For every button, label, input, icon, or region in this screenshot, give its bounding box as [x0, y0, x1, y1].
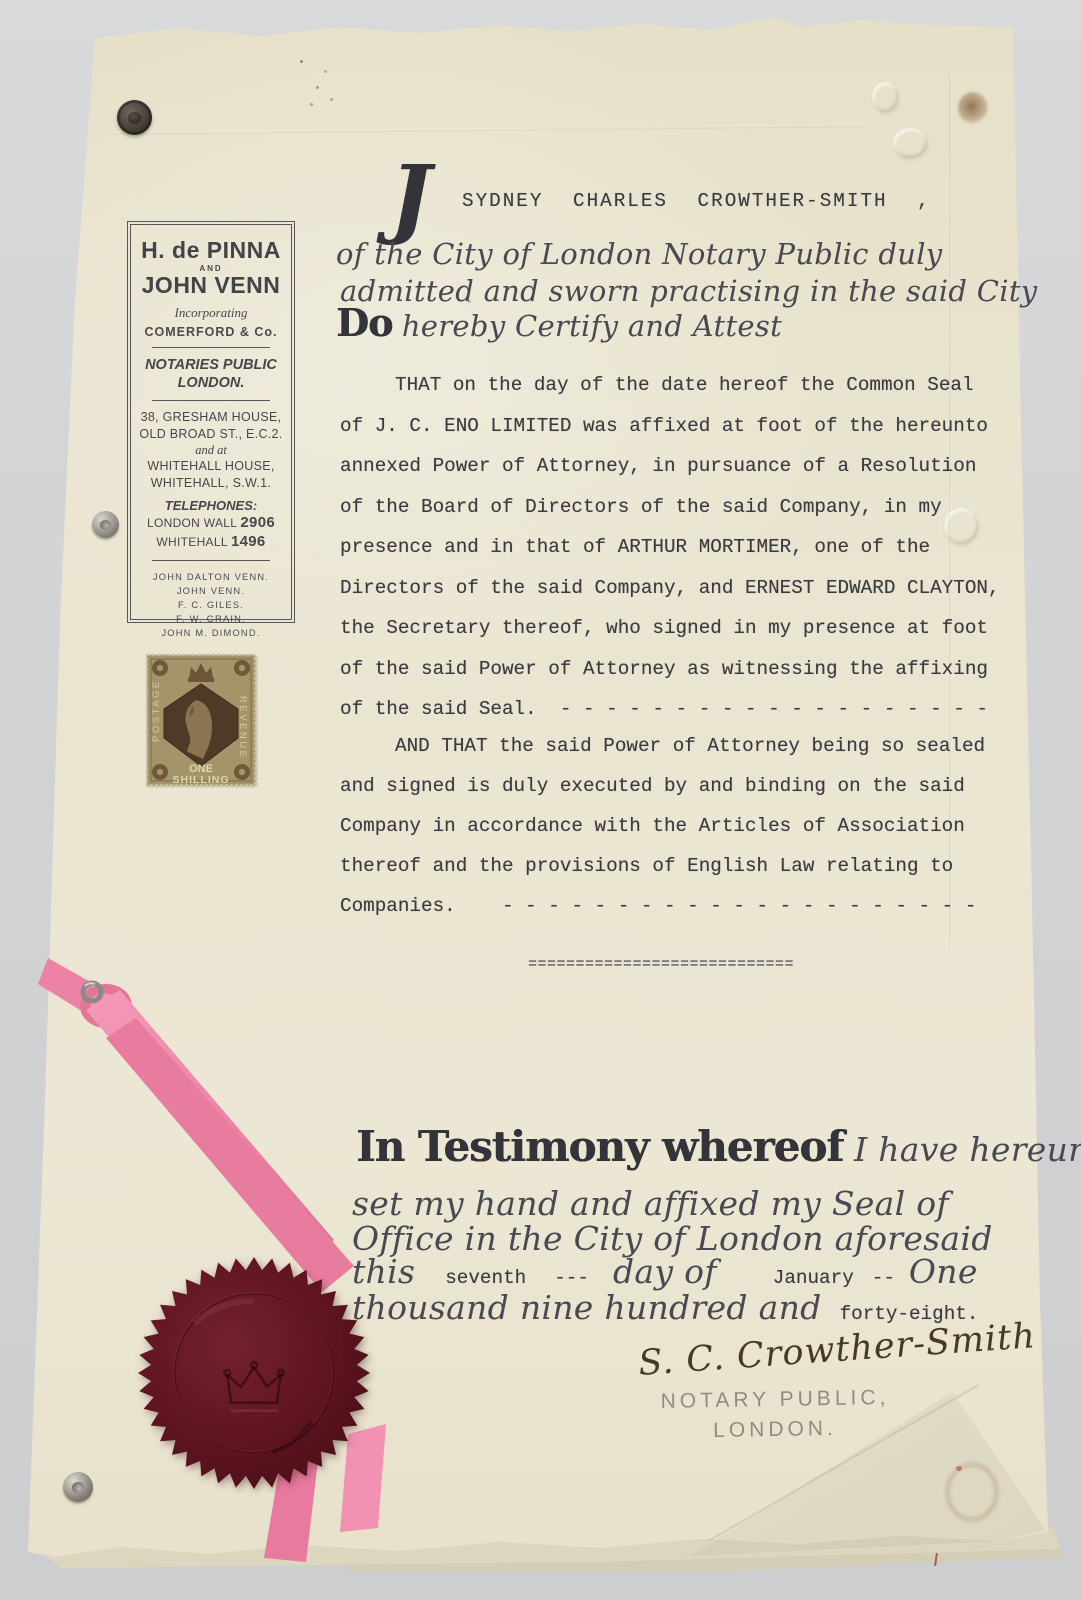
letterhead-address: WHITEHALL, S.W.1. [151, 475, 271, 492]
partner-name: JOHN VENN. [153, 585, 269, 599]
eyelet-bottom-left [63, 1472, 93, 1502]
document-photo: H. de PINNA AND JOHN VENN Incorporating … [0, 0, 1081, 1600]
letterhead-rule [152, 347, 270, 348]
grommet-hole [128, 112, 141, 124]
body-line: of the said Seal. - - - - - - - - - - - … [340, 698, 988, 720]
letterhead-incorporating: Incorporating [175, 305, 248, 321]
phone-number: 2906 [240, 514, 275, 531]
postage-stamp: POSTAGE REVENUE ONE SHILLING [146, 654, 256, 786]
body-line: Company in accordance with the Articles … [340, 815, 965, 837]
body-line: THAT on the day of the date hereof the C… [395, 374, 974, 396]
letterhead-and-at: and at [195, 443, 227, 458]
letterhead-phone-2: WHITEHALL 1496 [156, 532, 265, 552]
phone-exchange: LONDON WALL [147, 516, 240, 530]
letterhead-address: 38, GRESHAM HOUSE, [141, 409, 282, 426]
wax-seal [135, 1254, 373, 1492]
drop-cap-initial: J [390, 155, 430, 241]
body-line: presence and in that of ARTHUR MORTIMER,… [340, 536, 930, 558]
letterhead-firm-name-2: JOHN VENN [142, 274, 281, 297]
grommet-top-left [117, 100, 152, 135]
date-line: this seventh --- day of January -- One [352, 1252, 978, 1291]
letterhead-box: H. de PINNA AND JOHN VENN Incorporating … [130, 224, 292, 620]
body-line: thereof and the provisions of English La… [340, 855, 953, 877]
embossed-ring [872, 82, 898, 112]
body-line: Directors of the said Company, and ERNES… [340, 577, 1000, 599]
eyelet-hole [72, 1482, 84, 1493]
notary-name-typed: SYDNEY CHARLES CROWTHER-SMITH , [462, 190, 931, 212]
letterhead-firm-name: H. de PINNA [141, 239, 281, 262]
body-line: of the said Power of Attorney as witness… [340, 658, 988, 680]
letterhead-rule [152, 560, 270, 561]
attest-script: hereby Certify and Attest [392, 309, 782, 343]
day-value-typed: seventh [445, 1267, 526, 1289]
embossed-ring [893, 128, 927, 158]
one-word-script: One [909, 1252, 978, 1291]
letterhead-rule [152, 400, 270, 401]
letterhead-address: WHITEHALL HOUSE, [147, 458, 274, 475]
letterhead-partners: JOHN DALTON VENN. JOHN VENN. F. C. GILES… [153, 571, 269, 641]
ink-stain [958, 92, 988, 124]
body-line: and signed is duly executed by and bindi… [340, 775, 965, 797]
typed-dashes: --- [554, 1267, 589, 1289]
testimony-script: I have hereunto [843, 1130, 1081, 1169]
partner-name: F. C. GILES. [153, 599, 269, 613]
letterhead-phone-1: LONDON WALL 2906 [147, 513, 275, 533]
typed-dashes: -- [872, 1267, 895, 1289]
body-line: AND THAT the said Power of Attorney bein… [395, 735, 985, 757]
fly-specks [300, 60, 303, 63]
partner-name: JOHN M. DIMOND. [153, 627, 269, 641]
red-fleck [956, 1466, 962, 1471]
testimony-line-2: set my hand and affixed my Seal of [352, 1184, 949, 1223]
body-line: the Secretary thereof, who signed in my … [340, 617, 988, 639]
typed-divider: ============================ [528, 956, 794, 973]
stamp-value-shilling: SHILLING [173, 774, 230, 786]
body-line: of J. C. ENO LIMITED was affixed at foot… [340, 415, 988, 437]
letterhead-telephones: TELEPHONES: [165, 498, 257, 513]
letterhead-comerford: COMERFORD & Co. [144, 325, 277, 339]
body-line: Companies. - - - - - - - - - - - - - - -… [340, 895, 976, 917]
stamp-revenue-text: REVENUE [237, 696, 248, 759]
phone-number: 1496 [231, 533, 266, 550]
intro-script-line-1: of the City of London Notary Public duly [336, 237, 942, 271]
attest-line: Do hereby Certify and Attest [336, 300, 782, 345]
partner-name: F. W. GRAIN. [153, 613, 269, 627]
stamp-postage-text: POSTAGE [151, 679, 162, 742]
letterhead-address: OLD BROAD ST., E.C.2. [139, 426, 282, 443]
month-value-typed: January [773, 1267, 854, 1289]
letterhead-notaries-city: LONDON. [178, 374, 245, 392]
ring-stain [945, 1462, 999, 1522]
body-line: annexed Power of Attorney, in pursuance … [340, 455, 976, 477]
letterhead-notaries: NOTARIES PUBLIC [145, 356, 277, 374]
day-of-script: day of [613, 1252, 717, 1291]
embossed-ring [944, 508, 978, 544]
eyelet-left [92, 511, 119, 538]
testimony-heading: In Testimony whereof I have hereunto [356, 1122, 1081, 1171]
year-line: thousand nine hundred and forty-eight. [352, 1288, 978, 1327]
eyelet-hole [100, 520, 111, 530]
partner-name: JOHN DALTON VENN. [153, 571, 269, 585]
do-word: Do [336, 300, 392, 345]
body-line: of the Board of Directors of the said Co… [340, 496, 942, 518]
phone-exchange: WHITEHALL [156, 535, 231, 549]
